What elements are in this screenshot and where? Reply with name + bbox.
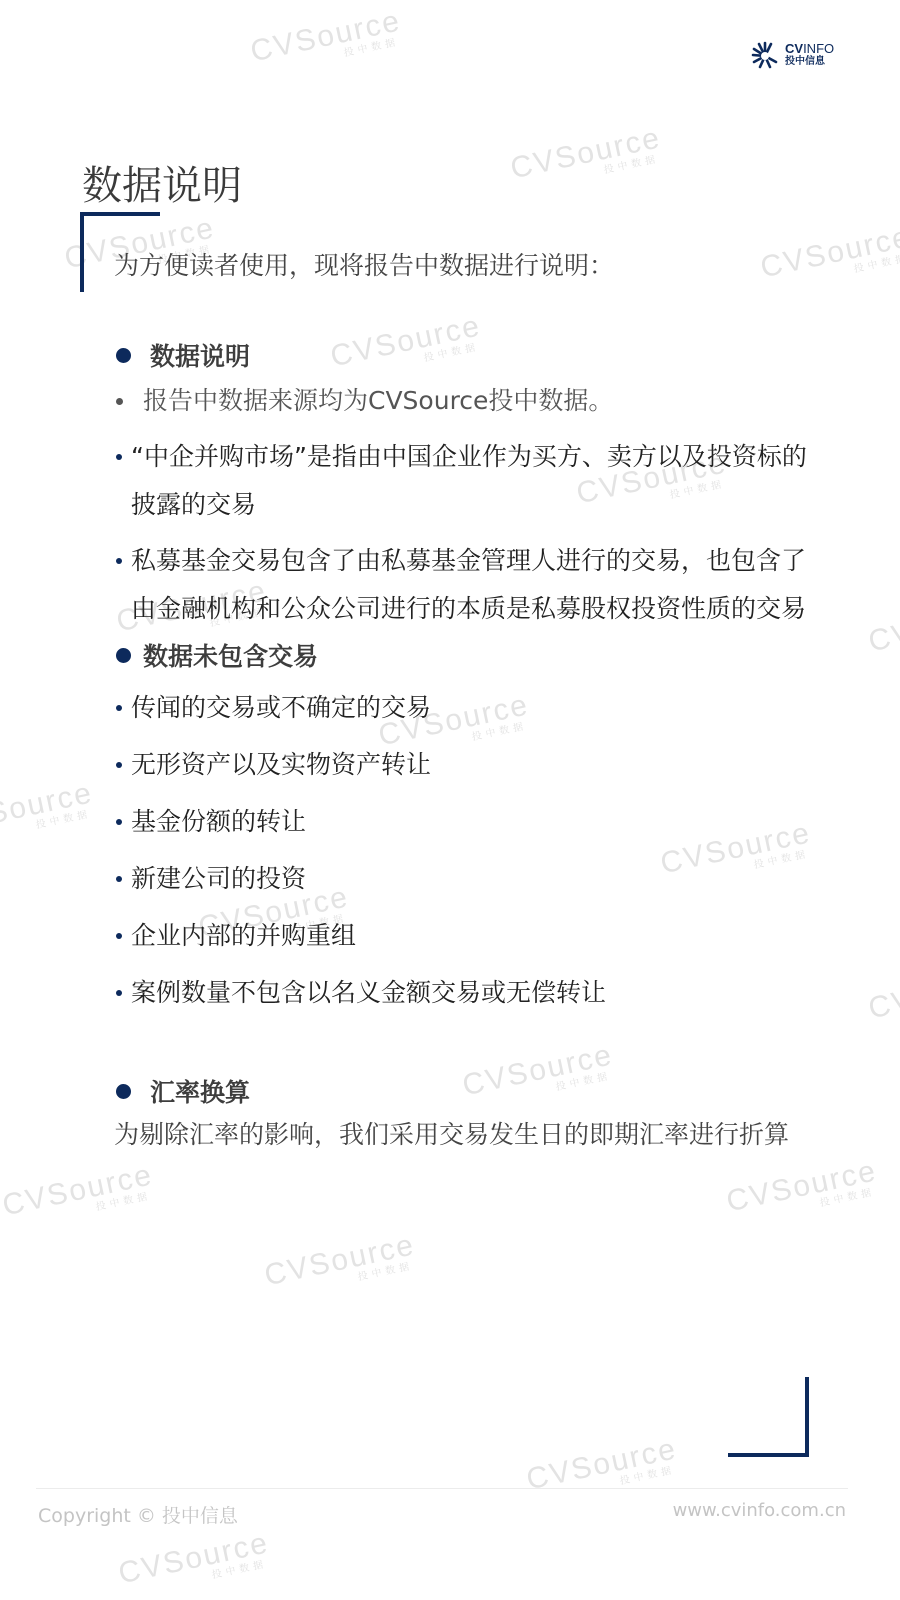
watermark: CVSource 投中数据	[248, 6, 406, 79]
exchange-rate-paragraph: 为剔除汇率的影响，我们采用交易发生日的即期汇率进行折算	[114, 1111, 816, 1159]
content: 数据说明 报告中数据来源均为CVSource投中数据。 “中企并购市场”是指由中…	[116, 340, 816, 1159]
list-item: 无形资产以及实物资产转让	[116, 741, 816, 789]
cvinfo-logo: CVINFO 投中信息	[750, 40, 834, 70]
watermark: CVSource 投中数据	[758, 222, 900, 295]
watermark: CVSource 投中数据	[116, 1528, 274, 1600]
watermark: CVSource 投中数据	[0, 778, 98, 851]
footer-copyright: Copyright © 投中信息	[38, 1501, 238, 1528]
corner-bracket-top-left	[80, 212, 160, 216]
watermark: CVSource 投中数据	[724, 1156, 882, 1229]
corner-bracket-bottom-right	[728, 1453, 809, 1457]
watermark: CVSource 投中数据	[866, 963, 900, 1036]
section-heading-exchange-rate: 汇率换算	[116, 1071, 816, 1111]
list-item: “中企并购市场”是指由中国企业作为买方、卖方以及投资标的披露的交易	[116, 433, 816, 529]
list-item: 基金份额的转让	[116, 798, 816, 846]
corner-bracket-top-left-vertical	[80, 212, 84, 292]
watermark: CVSource 投中数据	[524, 1434, 682, 1507]
logo-brand: CVINFO	[785, 42, 834, 55]
bullet-icon	[116, 933, 122, 939]
watermark: CVSource 投中数据	[262, 1230, 420, 1303]
corner-bracket-bottom-right-vertical	[805, 1377, 809, 1457]
watermark: CVSource 投中数据	[866, 596, 900, 669]
bullet-icon	[116, 558, 122, 564]
burst-logo-icon	[750, 40, 780, 70]
list-item: 报告中数据来源均为CVSource投中数据。	[116, 377, 816, 425]
list-item: 案例数量不包含以名义金额交易或无偿转让	[116, 969, 816, 1017]
section-dot-icon	[116, 348, 131, 363]
section-heading-excluded-transactions: 数据未包含交易	[116, 635, 816, 675]
watermark: CVSource 投中数据	[508, 123, 666, 196]
logo-text: CVINFO 投中信息	[785, 42, 834, 68]
bullet-icon	[116, 990, 122, 996]
footer-website-link[interactable]: www.cvinfo.com.cn	[673, 1500, 846, 1521]
intro-text: 为方便读者使用，现将报告中数据进行说明：	[114, 246, 614, 282]
list-item: 企业内部的并购重组	[116, 912, 816, 960]
bullet-icon	[116, 876, 122, 882]
bullet-icon	[116, 705, 122, 711]
bullet-icon	[116, 454, 122, 460]
logo-brand-cn: 投中信息	[785, 55, 834, 68]
footer-divider	[36, 1488, 848, 1489]
bullet-icon	[116, 819, 122, 825]
list-item: 私募基金交易包含了由私募基金管理人进行的交易，也包含了由金融机构和公众公司进行的…	[116, 537, 816, 633]
list-item: 传闻的交易或不确定的交易	[116, 684, 816, 732]
section-heading-data-description: 数据说明	[116, 335, 816, 375]
watermark: CVSource 投中数据	[0, 1160, 158, 1233]
list-item: 新建公司的投资	[116, 855, 816, 903]
bullet-icon	[116, 398, 123, 405]
bullet-icon	[116, 762, 122, 768]
page-title: 数据说明	[82, 154, 242, 211]
section-dot-icon	[116, 648, 131, 663]
section-dot-icon	[116, 1084, 131, 1099]
